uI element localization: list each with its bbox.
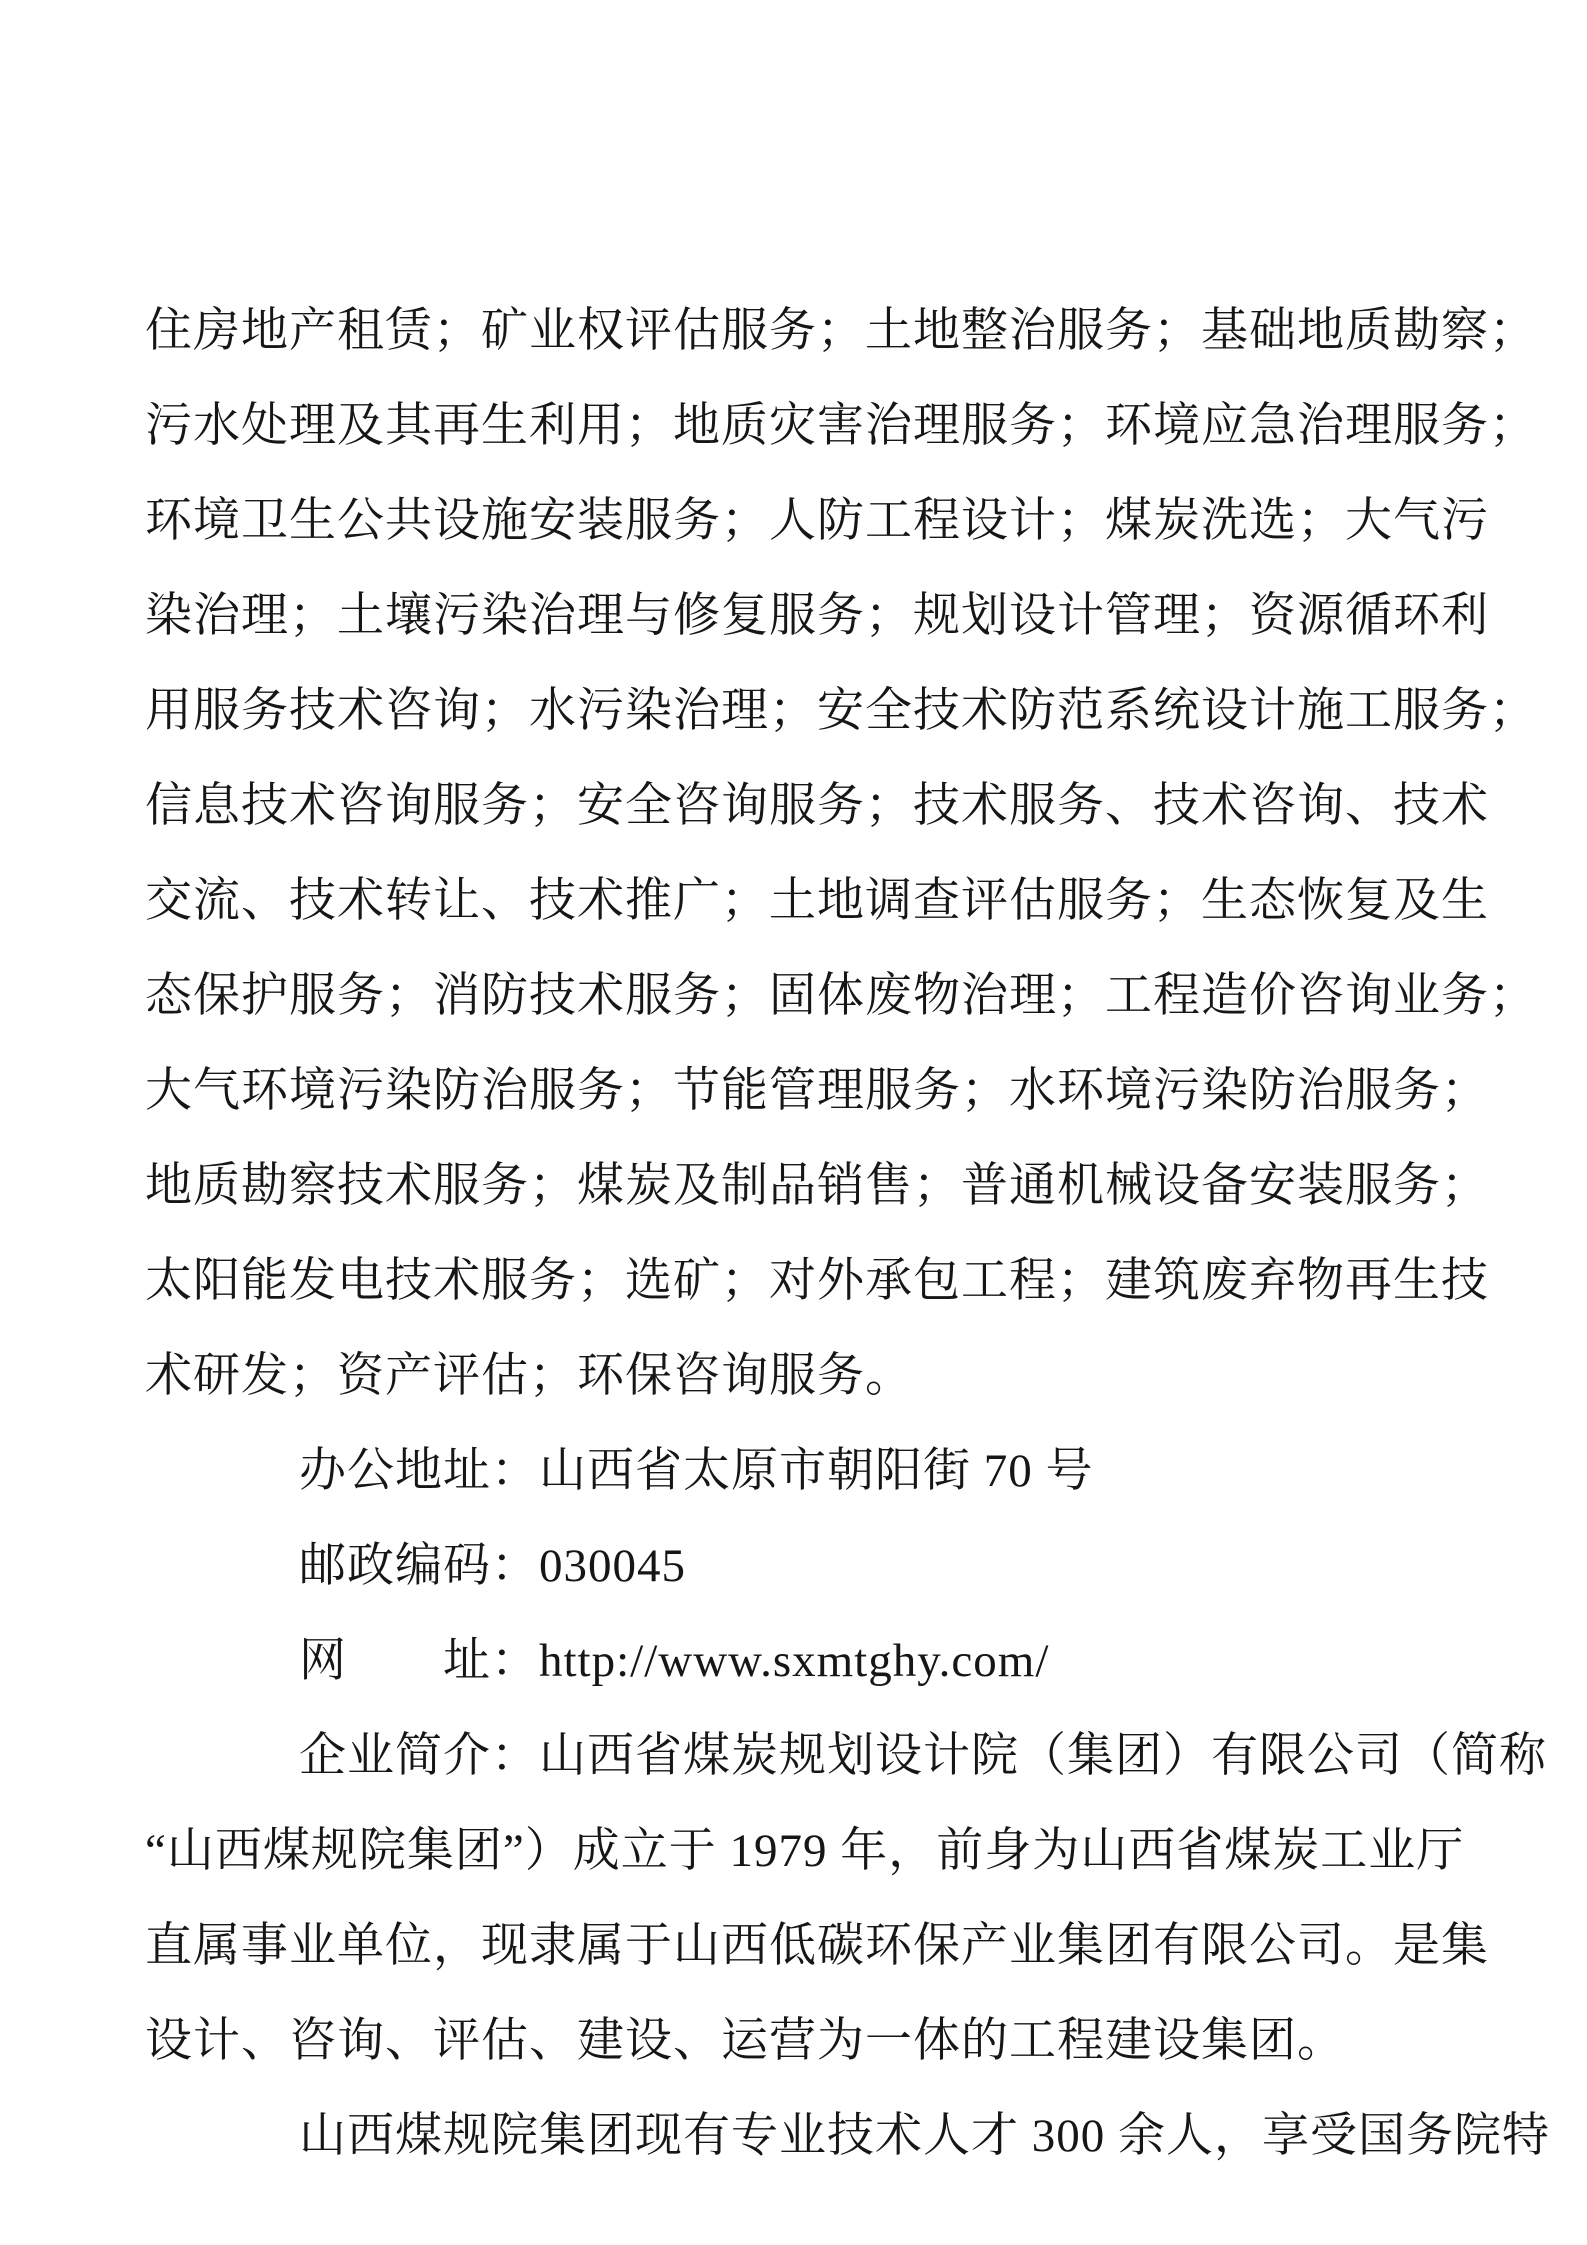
business-scope-line: 住房地产租赁；矿业权评估服务；土地整治服务；基础地质勘察； <box>145 284 1447 379</box>
business-scope-line: 染治理；土壤污染治理与修复服务；规划设计管理；资源循环利 <box>145 569 1447 664</box>
company-intro-line: 直属事业单位，现隶属于山西低碳环保产业集团有限公司。是集 <box>145 1899 1447 1994</box>
postal-code-line: 邮政编码：030045 <box>145 1519 1447 1614</box>
business-scope-line: 交流、技术转让、技术推广；土地调查评估服务；生态恢复及生 <box>145 854 1447 949</box>
business-scope-line: 态保护服务；消防技术服务；固体废物治理；工程造价咨询业务； <box>145 949 1447 1044</box>
business-scope-line: 太阳能发电技术服务；选矿；对外承包工程；建筑废弃物再生技 <box>145 1234 1447 1329</box>
business-scope-line: 信息技术咨询服务；安全咨询服务；技术服务、技术咨询、技术 <box>145 759 1447 854</box>
business-scope-line: 环境卫生公共设施安装服务；人防工程设计；煤炭洗选；大气污 <box>145 474 1447 569</box>
business-scope-line: 大气环境污染防治服务；节能管理服务；水环境污染防治服务； <box>145 1044 1447 1139</box>
business-scope-line: 术研发；资产评估；环保咨询服务。 <box>145 1329 1447 1424</box>
company-intro-line: 山西煤规院集团现有专业技术人才 300 余人，享受国务院特 <box>145 2089 1447 2184</box>
company-intro-line: 企业简介：山西省煤炭规划设计院（集团）有限公司（简称 <box>145 1709 1447 1804</box>
office-address-line: 办公地址：山西省太原市朝阳街 70 号 <box>145 1424 1447 1519</box>
business-scope-line: 污水处理及其再生利用；地质灾害治理服务；环境应急治理服务； <box>145 379 1447 474</box>
document-page: 住房地产租赁；矿业权评估服务；土地整治服务；基础地质勘察； 污水处理及其再生利用… <box>0 0 1587 2245</box>
business-scope-line: 地质勘察技术服务；煤炭及制品销售；普通机械设备安装服务； <box>145 1139 1447 1234</box>
website-line: 网 址：http://www.sxmtghy.com/ <box>145 1614 1447 1709</box>
company-intro-line: 设计、咨询、评估、建设、运营为一体的工程建设集团。 <box>145 1994 1447 2089</box>
business-scope-line: 用服务技术咨询；水污染治理；安全技术防范系统设计施工服务； <box>145 664 1447 759</box>
company-intro-line: “山西煤规院集团”）成立于 1979 年，前身为山西省煤炭工业厅 <box>145 1804 1447 1899</box>
